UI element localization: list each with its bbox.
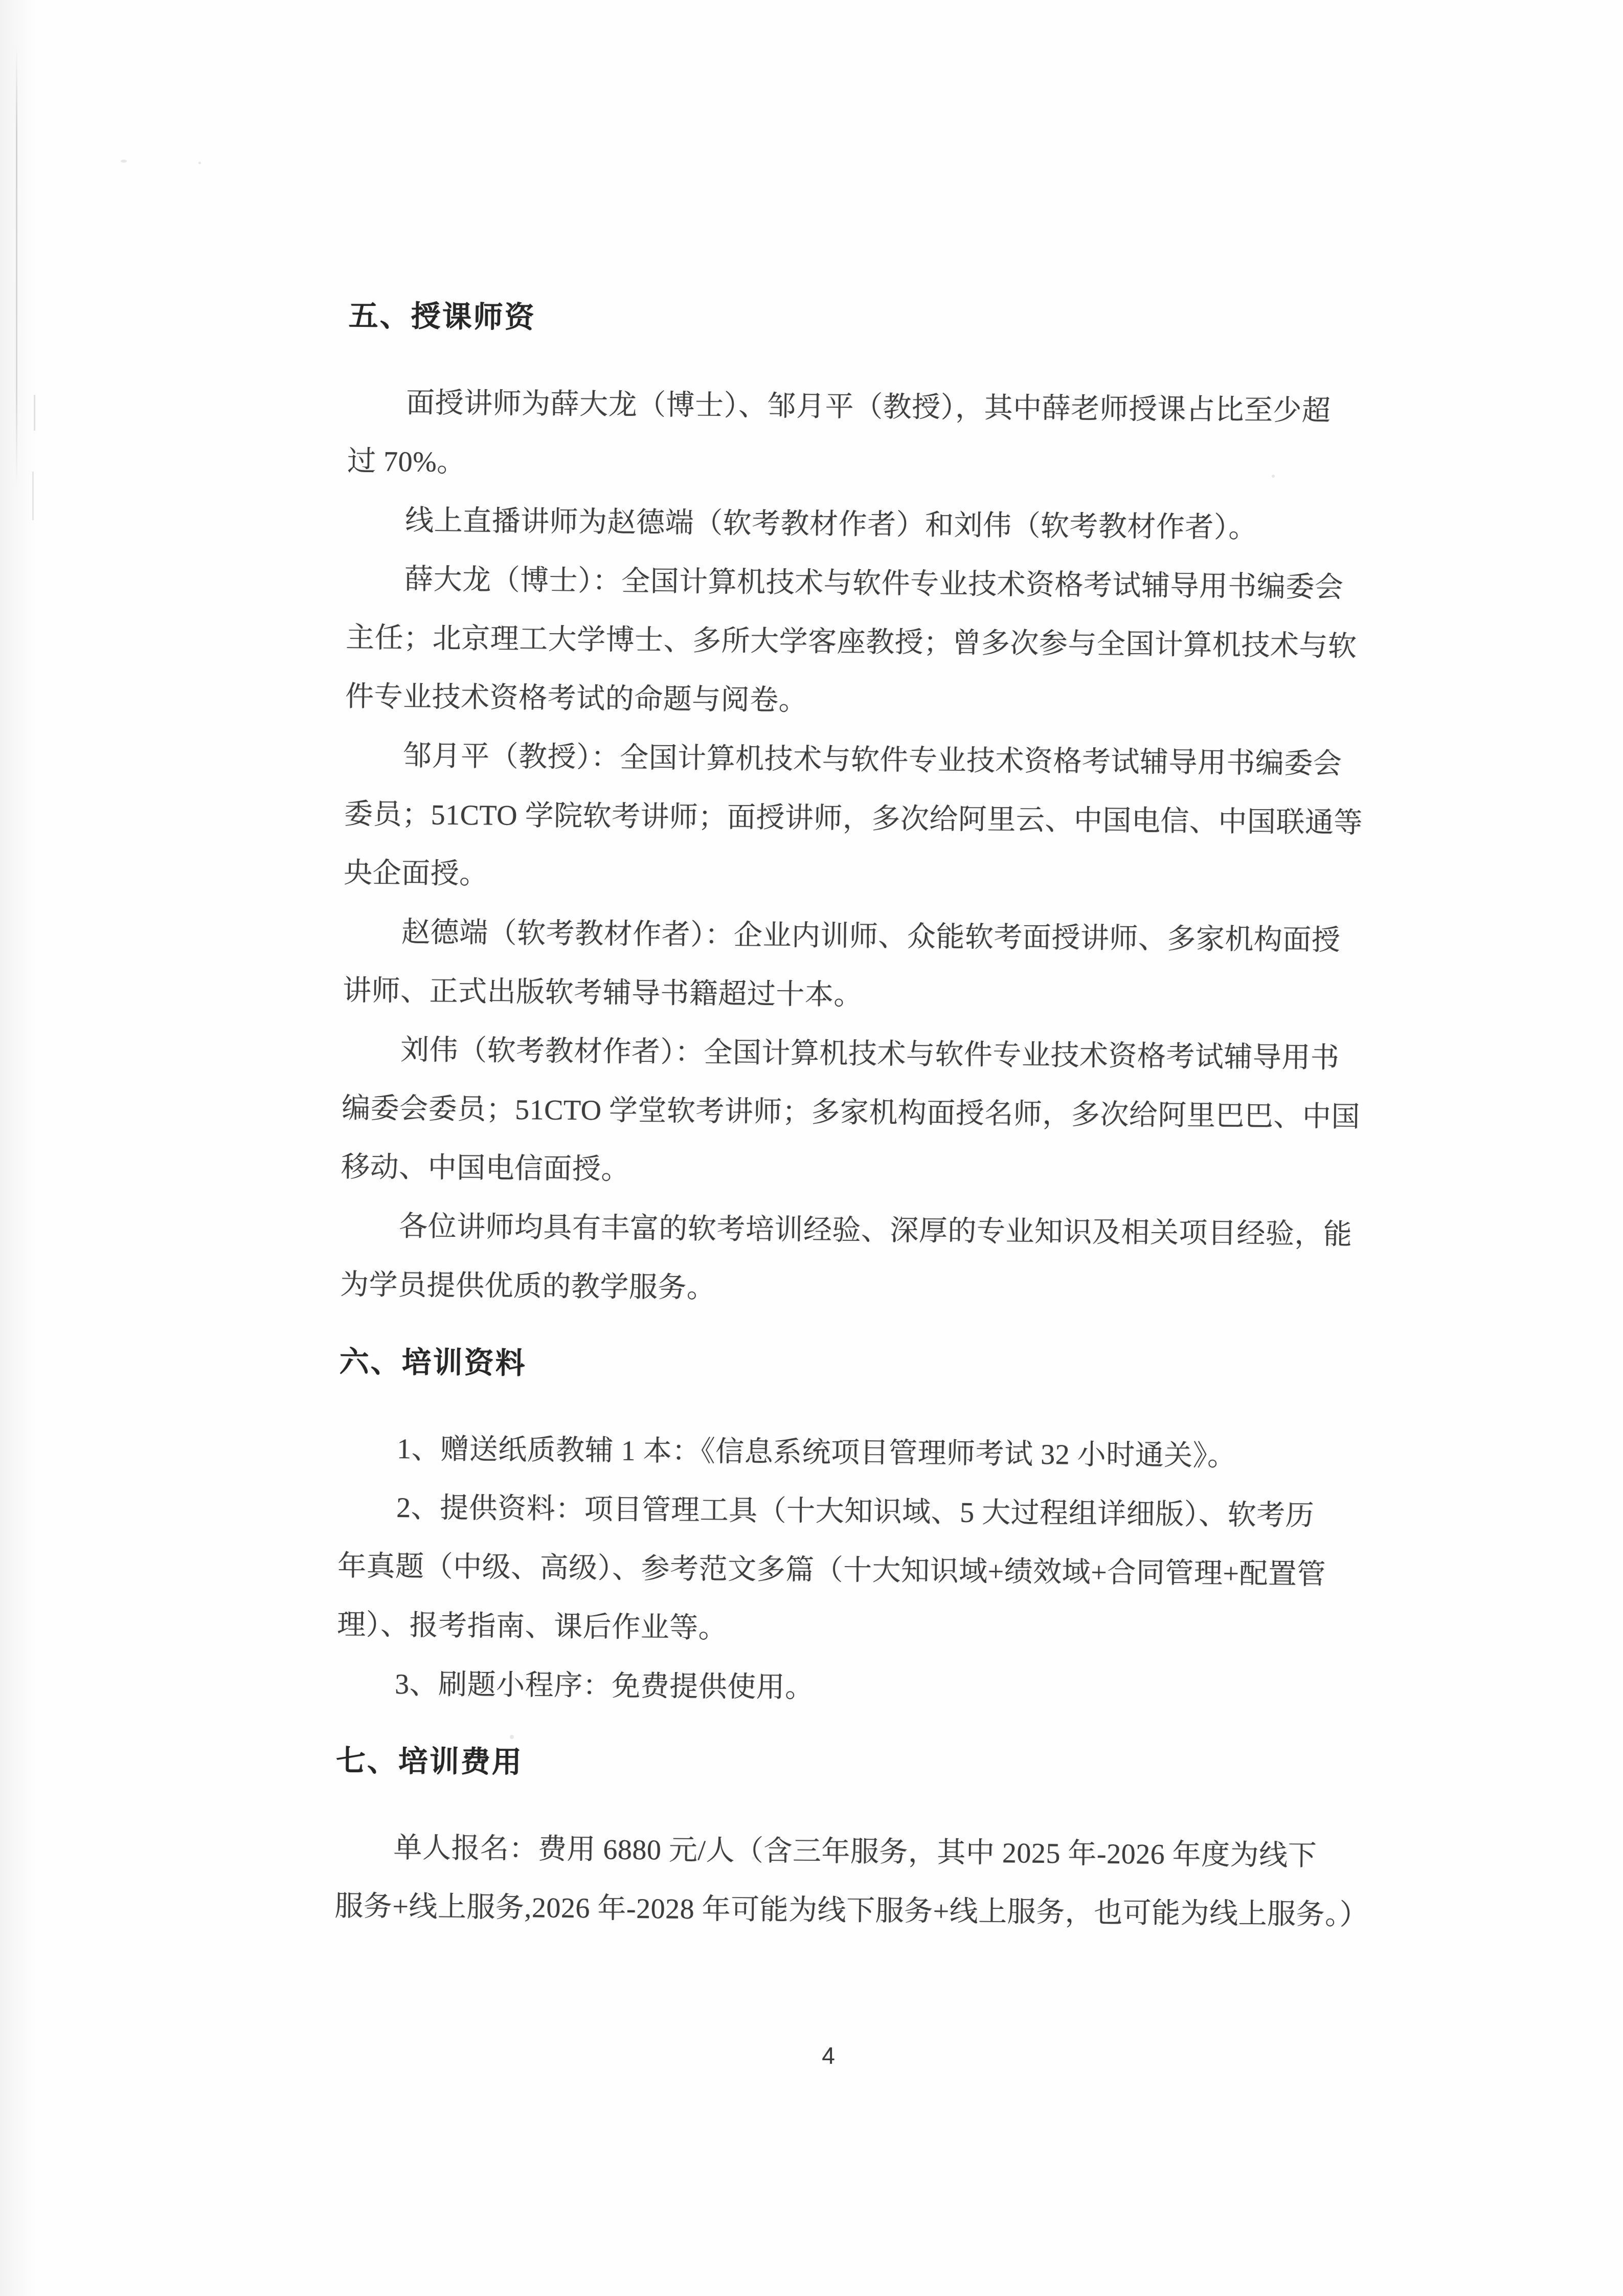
section-heading-7: 七、培训费用 (335, 1731, 1384, 1799)
scan-artifact-dash (32, 472, 34, 520)
scan-artifact-dash (34, 395, 35, 431)
scan-artifact-line (16, 46, 17, 486)
section-heading-5: 五、授课师资 (348, 286, 1397, 354)
paragraph: 线上直播讲师为赵德端（软考教材作者）和刘伟（软考教材作者）。 (347, 491, 1395, 559)
scanned-document-page: 五、授课师资 面授讲师为薛大龙（博士）、邹月平（教授），其中薛老师授课占比至少超… (0, 0, 1623, 2296)
paragraph: 单人报名：费用 6880 元/人（含三年服务，其中 2025 年-2026 年度… (334, 1818, 1384, 1945)
paragraph: 薛大龙（博士）：全国计算机技术与软件专业技术资格考试辅导用书编委会 主任；北京理… (345, 550, 1395, 735)
document-content: 五、授课师资 面授讲师为薛大龙（博士）、邹月平（教授），其中薛老师授课占比至少超… (334, 286, 1397, 1945)
section-training-fee: 七、培训费用 单人报名：费用 6880 元/人（含三年服务，其中 2025 年-… (334, 1731, 1384, 1945)
paragraph: 1、赠送纸质教辅 1 本：《信息系统项目管理师考试 32 小时通关》。 (339, 1419, 1387, 1487)
paragraph: 邹月平（教授）：全国计算机技术与软件专业技术资格考试辅导用书编委会 委员；51C… (344, 726, 1393, 912)
paragraph: 刘伟（软考教材作者）：全国计算机技术与软件专业技术资格考试辅导用书 编委会委员；… (341, 1020, 1391, 1206)
section-teaching-staff: 五、授课师资 面授讲师为薛大龙（博士）、邹月平（教授），其中薛老师授课占比至少超… (340, 286, 1397, 1324)
scan-speck (121, 160, 127, 163)
scan-edge-shadow (0, 0, 36, 2296)
paragraph: 各位讲师均具有丰富的软考培训经验、深厚的专业知识及相关项目经验，能 为学员提供优… (340, 1197, 1389, 1324)
paragraph: 面授讲师为薛大龙（博士）、邹月平（教授），其中薛老师授课占比至少超 过 70%。 (347, 373, 1396, 500)
scan-speck (198, 162, 201, 164)
page-number: 4 (808, 2042, 849, 2069)
paragraph: 赵德端（软考教材作者）：企业内训师、众能软考面授讲师、多家机构面授 讲师、正式出… (343, 903, 1392, 1030)
section-training-materials: 六、培训资料 1、赠送纸质教辅 1 本：《信息系统项目管理师考试 32 小时通关… (336, 1332, 1388, 1723)
paragraph: 3、刷题小程序：免费提供使用。 (336, 1655, 1385, 1723)
paragraph: 2、提供资料：项目管理工具（十大知识域、5 大过程组详细版）、软考历 年真题（中… (337, 1478, 1387, 1664)
section-heading-6: 六、培训资料 (339, 1332, 1388, 1400)
